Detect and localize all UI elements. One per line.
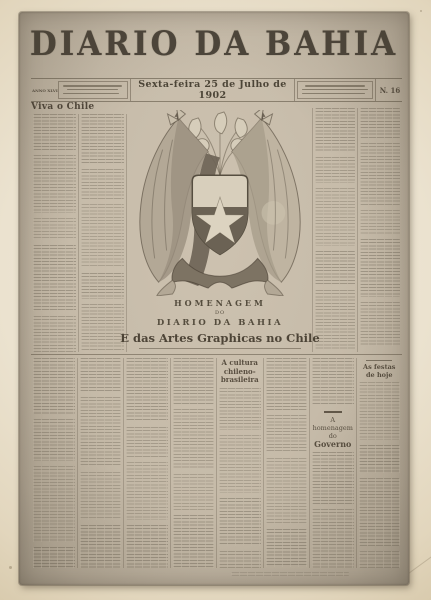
body-text-block [173, 358, 215, 404]
headline-culture-line1: A cultura chileno- [222, 358, 258, 376]
headline-government: A homenagem do Governo [312, 416, 354, 449]
blemish-dot [420, 10, 422, 12]
news-column [264, 358, 311, 568]
tribute-homage: HOMENAGEM [118, 298, 322, 308]
body-text-block [126, 358, 168, 422]
body-text-block [360, 108, 400, 138]
newspaper-photo: DIARIO DA BAHIA ANNO XLVIII Sexta-feira … [19, 12, 409, 585]
body-text-block [33, 218, 76, 240]
body-text-block [173, 474, 215, 510]
chile-flags-and-star-shield-illustration [128, 110, 312, 296]
body-text-block [81, 273, 124, 299]
body-text-block [33, 155, 76, 213]
news-column [31, 358, 78, 568]
heading-dash [324, 411, 342, 413]
fine-print-line [67, 89, 118, 91]
body-text-block [173, 409, 215, 469]
body-text-block [360, 302, 400, 346]
news-column [78, 358, 125, 568]
upper-left-columns [31, 114, 127, 352]
body-text-block [360, 239, 400, 297]
headline-government-line2: Governo [312, 440, 354, 449]
fine-print-line [302, 89, 368, 91]
upper-right-columns [312, 108, 402, 352]
news-column [171, 358, 218, 568]
body-text-block [219, 498, 261, 546]
headline-government-line1: A homenagem do [312, 416, 354, 440]
tribute-dedication: E das Artes Graphicas no Chile [118, 331, 322, 345]
body-text-block [359, 382, 401, 440]
body-text-block [33, 547, 75, 568]
blemish-dot [9, 566, 12, 569]
body-text-block [81, 114, 124, 164]
body-text-block [266, 529, 308, 567]
masthead-title: DIARIO DA BAHIA [19, 25, 409, 64]
body-text-block [312, 358, 354, 406]
body-text-block [33, 419, 75, 461]
body-text-block [80, 472, 122, 520]
body-text-block [359, 445, 401, 473]
body-text-block [33, 245, 76, 311]
body-text-block [80, 525, 122, 568]
heading-rule [366, 360, 392, 361]
fine-print-line [305, 85, 365, 87]
caption-rule [139, 348, 301, 349]
body-text-block [33, 316, 76, 352]
body-text-block [173, 515, 215, 568]
tribute-caption: HOMENAGEM DO DIARIO DA BAHIA E das Artes… [118, 298, 322, 345]
headline-viva-o-chile: Viva o Chile [31, 102, 94, 112]
body-text-block [315, 108, 355, 152]
body-text-block [266, 415, 308, 453]
section-rule [31, 354, 402, 355]
news-column [31, 114, 79, 352]
body-text-block [81, 204, 124, 268]
body-text-block [80, 397, 122, 467]
tribute-paper-name: DIARIO DA BAHIA [118, 318, 322, 328]
body-text-block [126, 525, 168, 568]
fine-print-line [63, 93, 119, 95]
body-text-block [126, 427, 168, 457]
publisher-box [58, 81, 128, 99]
photo-mat: DIARIO DA BAHIA ANNO XLVIII Sexta-feira … [0, 0, 431, 600]
body-text-block [315, 188, 355, 246]
fine-print-line [302, 93, 365, 95]
news-column-festas: As festas de hoje [357, 358, 403, 568]
body-text-block [359, 551, 401, 568]
body-text-block [80, 358, 122, 392]
body-text-block [266, 358, 308, 410]
body-text-block [33, 466, 75, 542]
dateline-row: ANNO XLVIII Sexta-feira 25 de Julho de 1… [31, 78, 402, 102]
body-text-block [219, 435, 261, 493]
body-text-block [33, 358, 75, 414]
news-column-government: A homenagem do Governo [310, 358, 357, 568]
lower-columns: A cultura chileno- brasileira A homenage… [31, 358, 402, 568]
body-text-block [81, 169, 124, 199]
issue-number: N. 16 [378, 86, 402, 95]
body-text-block [360, 143, 400, 205]
fine-print-line [63, 85, 122, 87]
body-text-block [312, 452, 354, 504]
headline-festas: As festas de hoje [359, 363, 401, 379]
headline-culture: A cultura chileno- brasileira [219, 359, 261, 385]
headline-culture-line2: brasileira [221, 375, 259, 384]
body-text-block [33, 114, 76, 150]
body-text-block [266, 458, 308, 524]
body-text-block [315, 251, 355, 285]
divider [375, 79, 376, 101]
news-column [358, 108, 402, 352]
dateline: Sexta-feira 25 de Julho de 1902 [133, 79, 292, 101]
news-column [124, 358, 171, 568]
body-text-block [360, 210, 400, 234]
body-text-block [359, 478, 401, 546]
imprint-line [231, 572, 349, 576]
divider [130, 79, 131, 101]
news-column-culture: A cultura chileno- brasileira [217, 358, 264, 568]
subscription-box [297, 81, 373, 99]
body-text-block [219, 551, 261, 569]
body-text-block [219, 388, 261, 430]
tribute-of: DO [118, 310, 322, 316]
body-text-block [315, 157, 355, 183]
body-text-block [126, 462, 168, 520]
divider [294, 79, 295, 101]
anno-label: ANNO XLVIII [31, 88, 58, 93]
body-text-block [312, 509, 354, 568]
